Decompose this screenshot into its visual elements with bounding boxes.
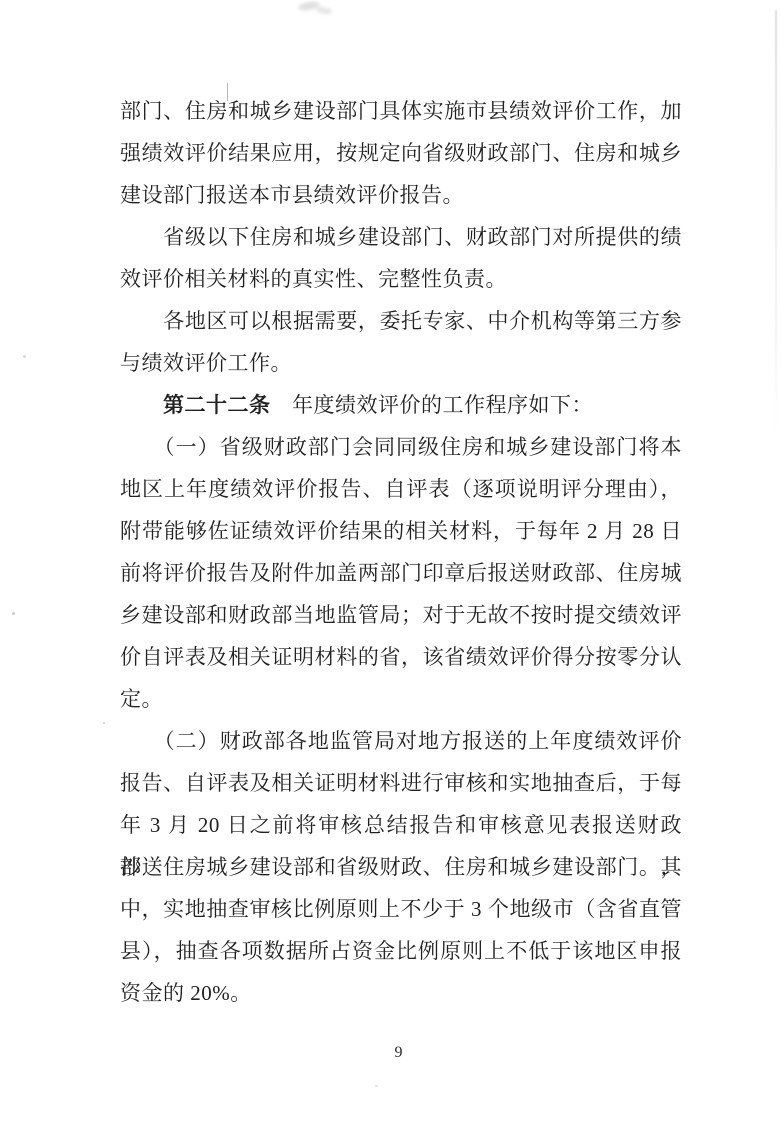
text-line: 效评价相关材料的真实性、完整性负责。 xyxy=(120,258,682,300)
text-line: 与绩效评价工作。 xyxy=(120,342,682,384)
text-segment: 强绩效评价结果应用，按规定向省级财政部门、住房和城乡 xyxy=(120,141,682,165)
text-line: 地区上年度绩效评价报告、自评表（逐项说明评分理由）， xyxy=(120,468,682,510)
scan-artifact xyxy=(297,0,320,12)
text-line: 部门、住房和城乡建设部门具体实施市县绩效评价工作，加 xyxy=(120,90,682,132)
text-line: 省级以下住房和城乡建设部门、财政部门对所提供的绩 xyxy=(120,216,682,258)
text-line: 抄送住房城乡建设部和省级财政、住房和城乡建设部门。其 xyxy=(120,846,682,888)
text-line: 定。 xyxy=(120,678,682,720)
text-segment: 乡建设部和财政部当地监管局；对于无故不按时提交绩效评 xyxy=(120,603,682,627)
text-line: 乡建设部和财政部当地监管局；对于无故不按时提交绩效评 xyxy=(120,594,682,636)
text-segment: 部门、住房和城乡建设部门具体实施市县绩效评价工作，加 xyxy=(120,99,682,123)
text-segment: 年度绩效评价的工作程序如下： xyxy=(271,393,594,417)
text-line: 中，实地抽查审核比例原则上不少于 3 个地级市（含省直管 xyxy=(120,888,682,930)
scan-artifact xyxy=(775,10,777,430)
text-segment: 地区上年度绩效评价报告、自评表（逐项说明评分理由）， xyxy=(120,477,682,501)
text-line: 资金的 20%。 xyxy=(120,972,682,1014)
document-page: 部门、住房和城乡建设部门具体实施市县绩效评价工作，加强绩效评价结果应用，按规定向… xyxy=(0,0,781,1129)
text-segment: 附带能够佐证绩效评价结果的相关材料，于每年 2 月 28 日 xyxy=(120,519,682,543)
text-segment: 县），抽查各项数据所占资金比例原则上不低于该地区申报 xyxy=(120,939,682,963)
document-body: 部门、住房和城乡建设部门具体实施市县绩效评价工作，加强绩效评价结果应用，按规定向… xyxy=(120,90,682,1014)
text-segment: 抄送住房城乡建设部和省级财政、住房和城乡建设部门。其 xyxy=(120,855,682,879)
page-number: 9 xyxy=(8,1042,781,1064)
article-number-bold: 第二十二条 xyxy=(120,393,271,417)
text-segment: 各地区可以根据需要，委托专家、中介机构等第三方参 xyxy=(120,309,682,333)
text-segment: 建设部门报送本市县绩效评价报告。 xyxy=(120,183,464,207)
text-line: （二）财政部各地监管局对地方报送的上年度绩效评价 xyxy=(120,720,682,762)
text-line: 强绩效评价结果应用，按规定向省级财政部门、住房和城乡 xyxy=(120,132,682,174)
scan-artifact xyxy=(103,722,105,724)
text-segment: 定。 xyxy=(120,687,163,711)
scan-artifact xyxy=(23,355,26,358)
text-line: （一）省级财政部门会同同级住房和城乡建设部门将本 xyxy=(120,426,682,468)
text-line: 各地区可以根据需要，委托专家、中介机构等第三方参 xyxy=(120,300,682,342)
text-segment: （一）省级财政部门会同同级住房和城乡建设部门将本 xyxy=(120,435,682,459)
text-line: 附带能够佐证绩效评价结果的相关材料，于每年 2 月 28 日 xyxy=(120,510,682,552)
text-segment: 与绩效评价工作。 xyxy=(120,351,292,375)
scan-artifact xyxy=(12,612,15,615)
text-line: 县），抽查各项数据所占资金比例原则上不低于该地区申报 xyxy=(120,930,682,972)
scan-artifact xyxy=(315,5,332,15)
text-line: 前将评价报告及附件加盖两部门印章后报送财政部、住房城 xyxy=(120,552,682,594)
text-segment: 报告、自评表及相关证明材料进行审核和实地抽查后，于每 xyxy=(120,771,682,795)
scan-artifact xyxy=(375,1085,378,1087)
text-line: 报告、自评表及相关证明材料进行审核和实地抽查后，于每 xyxy=(120,762,682,804)
text-line: 价自评表及相关证明材料的省，该省绩效评价得分按零分认 xyxy=(120,636,682,678)
text-segment: 前将评价报告及附件加盖两部门印章后报送财政部、住房城 xyxy=(120,561,682,585)
text-segment: 资金的 20%。 xyxy=(120,981,252,1005)
text-segment: 中，实地抽查审核比例原则上不少于 3 个地级市（含省直管 xyxy=(120,897,682,921)
text-segment: 价自评表及相关证明材料的省，该省绩效评价得分按零分认 xyxy=(120,645,682,669)
text-line: 建设部门报送本市县绩效评价报告。 xyxy=(120,174,682,216)
text-line: 第二十二条 年度绩效评价的工作程序如下： xyxy=(120,384,682,426)
text-segment: 效评价相关材料的真实性、完整性负责。 xyxy=(120,267,507,291)
text-segment: 省级以下住房和城乡建设部门、财政部门对所提供的绩 xyxy=(120,225,682,249)
text-segment: （二）财政部各地监管局对地方报送的上年度绩效评价 xyxy=(120,729,682,753)
text-line: 年 3 月 20 日之前将审核总结报告和审核意见表报送财政部， xyxy=(120,804,682,846)
